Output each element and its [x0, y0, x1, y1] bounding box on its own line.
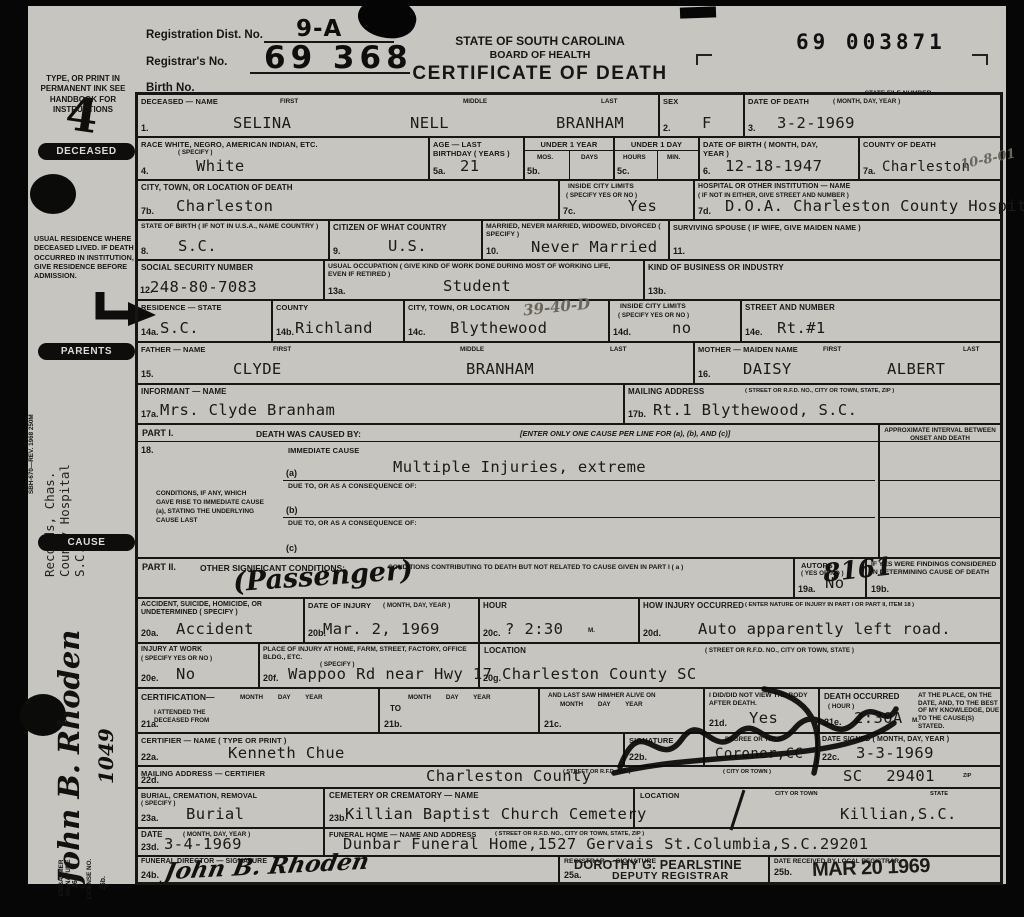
row-certifier: CERTIFIER — NAME ( TYPE OR PRINT ) 22a. …	[138, 734, 1000, 767]
deceased-first: SELINA	[233, 115, 291, 132]
hospital-value: D.O.A. Charleston County Hospital	[725, 198, 1024, 215]
manner-value: Accident	[176, 621, 254, 638]
field-injury-at-work: INJURY AT WORK ( SPECIFY YES OR NO ) 20e…	[138, 644, 258, 687]
field-state-of-birth: STATE OF BIRTH ( IF NOT IN U.S.A., NAME …	[138, 221, 328, 259]
county-of-death-value: Charleston	[882, 160, 970, 175]
field-label: INSIDE CITY LIMITS	[568, 183, 634, 191]
col-label: MIDDLE	[463, 98, 487, 106]
age-value: 21	[460, 158, 479, 175]
item-number: 17a.	[141, 410, 159, 419]
field-label: DATE	[141, 830, 163, 840]
item-number: 1.	[141, 124, 149, 133]
field-label: SEX	[663, 97, 678, 106]
corner-bracket	[972, 54, 988, 65]
field-label: UNDER 1 YEAR	[525, 140, 613, 149]
field-label: COUNTY	[276, 303, 308, 312]
city-of-death-value: Charleston	[176, 198, 273, 215]
field-attended-from: CERTIFICATION— MONTH DAY YEAR I ATTENDED…	[138, 689, 378, 732]
field-inside-city-limits: INSIDE CITY LIMITS ( SPECIFY YES OR NO )…	[558, 181, 693, 219]
corner-bracket	[696, 54, 712, 65]
item-number: 5c.	[617, 167, 630, 176]
city-or-town-label: CITY OR TOWN	[775, 791, 818, 797]
item-number: 21a.	[141, 720, 159, 729]
interval-line	[880, 517, 1000, 518]
item-number: 7c.	[563, 207, 576, 216]
field-date-signed: DATE SIGNED ( MONTH, DAY, YEAR ) 22c. 3-…	[816, 734, 1000, 765]
item-number: 20c.	[483, 629, 501, 638]
field-label: CITY, TOWN, OR LOCATION	[408, 303, 510, 312]
item-number: 10.	[486, 247, 499, 256]
cause-c-label: (c)	[286, 544, 297, 553]
item-number: 20a.	[141, 629, 159, 638]
field-view-body: I DID/DID NOT VIEW THE BODY AFTER DEATH.…	[703, 689, 818, 732]
registrar-no-label: Registrar's No.	[146, 56, 227, 68]
part2-handwritten: (Passenger)	[232, 555, 414, 598]
funeral-home-value: Dunbar Funeral Home,1527 Gervais St.Colu…	[343, 836, 869, 853]
col-label: MIDDLE	[460, 346, 484, 354]
col-label: DAYS	[581, 154, 598, 162]
item-number: 8.	[141, 247, 149, 256]
item-number: 7a.	[863, 167, 876, 176]
field-burial: BURIAL, CREMATION, REMOVAL ( SPECIFY ) 2…	[138, 789, 323, 827]
col-label: MOS.	[537, 154, 553, 162]
field-occupation: USUAL OCCUPATION ( GIVE KIND OF WORK DON…	[323, 261, 643, 299]
row-injury-place: INJURY AT WORK ( SPECIFY YES OR NO ) 20e…	[138, 644, 1000, 689]
row-burial: BURIAL, CREMATION, REMOVAL ( SPECIFY ) 2…	[138, 789, 1000, 829]
org-line2: BOARD OF HEALTH	[380, 49, 700, 61]
field-label: CITIZEN OF WHAT COUNTRY	[333, 223, 447, 233]
tab-cause: CAUSE	[38, 534, 135, 551]
ssn-value: 248-80-7083	[150, 279, 257, 296]
part1-note: [ENTER ONLY ONE CAUSE PER LINE FOR (a), …	[520, 429, 730, 438]
field-label: AGE — LAST BIRTHDAY ( YEARS )	[433, 140, 513, 159]
field-sublabel: ( SPECIFY )	[178, 149, 213, 157]
field-certifier-signature: SIGNATURE 22b.	[623, 734, 703, 765]
cause-b-line	[283, 517, 875, 518]
ink-mark	[680, 6, 716, 18]
field-certifier-name: CERTIFIER — NAME ( TYPE OR PRINT ) 22a. …	[138, 734, 623, 765]
row-part1: PART I. DEATH WAS CAUSED BY: [ENTER ONLY…	[138, 425, 1000, 559]
item-number: 13a.	[328, 287, 346, 296]
field-informant: INFORMANT — NAME 17a. Mrs. Clyde Branham	[138, 385, 623, 423]
certificate-paper: 4 TYPE, OR PRINT IN PERMANENT INK SEE HA…	[28, 6, 1006, 884]
item-number: 25b.	[774, 868, 792, 877]
field-injury-date: DATE OF INJURY ( MONTH, DAY, YEAR ) 20b.…	[303, 599, 478, 642]
row-residence: RESIDENCE — STATE 14a. S.C. COUNTY 14b. …	[138, 301, 1000, 343]
field-label: KIND OF BUSINESS OR INDUSTRY	[648, 263, 784, 273]
occupation-value: Student	[443, 278, 511, 295]
col-label: LAST	[610, 346, 626, 354]
how-injury-value: Auto apparently left road.	[698, 621, 951, 638]
punch-hole	[30, 174, 76, 214]
cell-divider	[657, 150, 658, 179]
field-certifier-address: MAILING ADDRESS — CERTIFIER 22d. ( STREE…	[138, 767, 1000, 787]
field-death-occurred-hour: DEATH OCCURRED ( HOUR ) 21e. 2:30A M. AT…	[818, 689, 1000, 732]
field-label: HOUR	[483, 601, 507, 611]
part2-note: CONDITIONS CONTRIBUTING TO DEATH BUT NOT…	[388, 564, 788, 572]
scanned-death-certificate: 4 TYPE, OR PRINT IN PERMANENT INK SEE HA…	[0, 0, 1024, 917]
item-number: 20e.	[141, 674, 159, 683]
field-label: INFORMANT — NAME	[141, 387, 227, 397]
sex-value: F	[702, 115, 712, 132]
part1-title: PART I.	[142, 429, 173, 438]
certificate-form: DECEASED — NAME FIRST MIDDLE LAST 1. SEL…	[135, 92, 1003, 885]
field-marital-status: MARRIED, NEVER MARRIED, WIDOWED, DIVORCE…	[481, 221, 668, 259]
field-label: STREET AND NUMBER	[745, 303, 835, 313]
item-number: 19b.	[871, 585, 889, 594]
part2-title: PART II.	[142, 563, 176, 572]
license-num: 26b.	[100, 870, 107, 890]
field-label: DEATH OCCURRED	[824, 692, 899, 701]
cause-a-line	[283, 480, 875, 481]
field-label: RESIDENCE — STATE	[141, 303, 222, 312]
field-sublabel: ( STREET OR R.F.D. NO., CITY OR TOWN, ST…	[705, 647, 854, 655]
immediate-cause-label: IMMEDIATE CAUSE	[288, 446, 359, 455]
field-residence-county: COUNTY 14b. Richland	[271, 301, 403, 341]
field-label: CITY, TOWN, OR LOCATION OF DEATH	[141, 183, 293, 193]
field-label: RACE WHITE, NEGRO, AMERICAN INDIAN, ETC.	[141, 140, 391, 149]
residence-city-value: Blythewood	[450, 320, 547, 337]
field-label: MAILING ADDRESS — CERTIFIER	[141, 769, 265, 778]
field-sublabel: ( SPECIFY YES OR NO )	[566, 192, 637, 200]
injury-hour-suffix: M.	[588, 627, 595, 635]
item-number: 21c.	[544, 720, 562, 729]
informant-address-value: Rt.1 Blythewood, S.C.	[653, 402, 857, 419]
citizen-value: U.S.	[388, 238, 427, 255]
field-under-1-year: UNDER 1 YEAR MOS. DAYS 5b.	[523, 138, 613, 179]
embalmer-license-value: 1049	[94, 694, 118, 784]
field-part2: PART II. OTHER SIGNIFICANT CONDITIONS: C…	[138, 559, 793, 597]
father-first: CLYDE	[233, 361, 282, 378]
item-number: 7d.	[698, 207, 711, 216]
field-burial-location: LOCATION CITY OR TOWN STATE Killian,S.C.	[633, 789, 1000, 827]
field-label: CEMETERY OR CREMATORY — NAME	[329, 791, 479, 801]
attended-line2: DECEASED FROM	[154, 717, 209, 725]
field-label: HOSPITAL OR OTHER INSTITUTION — NAME	[698, 183, 850, 192]
date-of-birth-value: 12-18-1947	[725, 158, 822, 175]
item-number: 20d.	[643, 629, 661, 638]
tab-parents: PARENTS	[38, 343, 135, 360]
field-label: CERTIFICATION—	[141, 692, 215, 702]
field-age: AGE — LAST BIRTHDAY ( YEARS ) 5a. 21	[428, 138, 523, 179]
header-org: STATE OF SOUTH CAROLINA BOARD OF HEALTH …	[380, 34, 700, 85]
field-label: PLACE OF INJURY AT HOME, FARM, STREET, F…	[263, 646, 468, 662]
field-date-received: DATE RECEIVED BY LOCAL REGISTRAR 25b. MA…	[768, 857, 1000, 882]
item-number: 14d.	[613, 328, 631, 337]
field-registrar: REGISTRAR — SIGNATURE 25a. DOROTHY G. PE…	[558, 857, 768, 882]
race-value: White	[196, 158, 245, 175]
field-injury-hour: HOUR 20c. ? 2:30 M.	[478, 599, 638, 642]
due-to-label: DUE TO, OR AS A CONSEQUENCE OF:	[288, 520, 417, 528]
conditions-note: CONDITIONS, IF ANY, WHICH GAVE RISE TO I…	[156, 489, 266, 525]
certify-note: AT THE PLACE, ON THE DATE, AND, TO THE B…	[918, 692, 1000, 730]
residence-state-value: S.C.	[160, 320, 199, 337]
item-number: 21e.	[824, 718, 842, 727]
field-sex: SEX 2. F	[658, 95, 743, 136]
usual-residence-note: USUAL RESIDENCE WHERE DECEASED LIVED. IF…	[34, 234, 134, 281]
item-number: 22d.	[141, 776, 159, 785]
certifier-address-state-zip: SC 29401	[843, 768, 935, 785]
residence-street-value: Rt.#1	[777, 320, 826, 337]
to-label: TO	[390, 704, 401, 713]
field-label: LOCATION	[484, 646, 526, 656]
field-label: DATE OF INJURY	[308, 601, 371, 610]
state-of-birth-value: S.C.	[178, 238, 217, 255]
field-deceased-name: DECEASED — NAME FIRST MIDDLE LAST 1. SEL…	[138, 95, 658, 136]
field-county-of-death: COUNTY OF DEATH 7a. Charleston 10-8-01	[858, 138, 1000, 179]
item-number: 22c.	[822, 753, 840, 762]
row-signatures: FUNERAL DIRECTOR — SIGNATURE 24b. John B…	[138, 857, 1000, 882]
mother-last: ALBERT	[887, 361, 945, 378]
field-city-of-death: CITY, TOWN, OR LOCATION OF DEATH 7b. Cha…	[138, 181, 558, 219]
org-line1: STATE OF SOUTH CAROLINA	[380, 34, 700, 48]
mdy-label: MONTH DAY YEAR	[240, 694, 323, 702]
field-sublabel: ( STREET OR R.F.D. NO., CITY OR TOWN, ST…	[745, 388, 894, 395]
field-father: FATHER — NAME FIRST MIDDLE LAST 15. CLYD…	[138, 343, 693, 383]
deceased-last: BRANHAM	[556, 115, 624, 132]
item-number: 20f.	[263, 674, 279, 683]
item-number: 3.	[748, 124, 756, 133]
field-label: DATE OF BIRTH ( MONTH, DAY, YEAR )	[703, 140, 833, 159]
field-citizen: CITIZEN OF WHAT COUNTRY 9. U.S.	[328, 221, 481, 259]
item-number: 18.	[141, 446, 154, 455]
col-label: MIN.	[667, 154, 680, 162]
item-number: 15.	[141, 370, 154, 379]
form-code: SBH-670—REV. 1968 250M	[28, 374, 35, 494]
state-file-number: 69 003871	[796, 30, 946, 54]
field-sublabel: ( MONTH, DAY, YEAR )	[833, 98, 900, 106]
mother-first: DAISY	[743, 361, 792, 378]
item-number: 9.	[333, 247, 341, 256]
mdy-label: MONTH DAY YEAR	[560, 701, 643, 709]
row-accident: ACCIDENT, SUICIDE, HOMICIDE, OR UNDETERM…	[138, 599, 1000, 644]
field-label: DEGREE OR TITLE	[725, 736, 782, 744]
field-sublabel: ( HOUR )	[828, 703, 854, 711]
license-label: LICENSE NO.	[86, 844, 93, 899]
row-deceased: DECEASED — NAME FIRST MIDDLE LAST 1. SEL…	[138, 95, 1000, 138]
field-label: MAILING ADDRESS	[628, 387, 704, 397]
field-cemetery: CEMETERY OR CREMATORY — NAME 23b. Killia…	[323, 789, 633, 827]
row-personal: STATE OF BIRTH ( IF NOT IN U.S.A., NAME …	[138, 221, 1000, 261]
informant-value: Mrs. Clyde Branham	[160, 402, 335, 419]
field-label: MOTHER — MAIDEN NAME	[698, 345, 798, 354]
item-number: 25a.	[564, 871, 582, 880]
cemetery-value: Killian Baptist Church Cemetery	[345, 806, 647, 823]
col-label: FIRST	[823, 346, 841, 354]
mdy-label: MONTH DAY YEAR	[408, 694, 491, 702]
row-work: SOCIAL SECURITY NUMBER 12. 248-80-7083 U…	[138, 261, 1000, 301]
registration-dist-value: 9-A	[296, 16, 342, 42]
father-last: BRANHAM	[466, 361, 534, 378]
row-place-of-death: CITY, TOWN, OR LOCATION OF DEATH 7b. Cha…	[138, 181, 1000, 221]
field-ssn: SOCIAL SECURITY NUMBER 12. 248-80-7083	[138, 261, 323, 299]
attended-line1: I ATTENDED THE	[154, 709, 205, 717]
field-label: SIGNATURE	[629, 736, 674, 745]
field-label: UNDER 1 DAY	[615, 140, 698, 149]
field-residence-state: RESIDENCE — STATE 14a. S.C.	[138, 301, 271, 341]
certifier-name-value: Kenneth Chue	[228, 745, 345, 762]
view-body-value: Yes	[749, 710, 778, 727]
margin-instructions: TYPE, OR PRINT IN PERMANENT INK SEE HAND…	[32, 74, 134, 116]
field-interval: APPROXIMATE INTERVAL BETWEEN ONSET AND D…	[878, 425, 1000, 557]
row-parents: FATHER — NAME FIRST MIDDLE LAST 15. CLYD…	[138, 343, 1000, 385]
injury-date-value: Mar. 2, 1969	[323, 621, 440, 638]
embalmer-signature-label: EMBALMER SIGNATURE	[58, 834, 72, 896]
cause-b-label: (b)	[286, 506, 298, 515]
field-mother: MOTHER — MAIDEN NAME FIRST LAST 16. DAIS…	[693, 343, 1000, 383]
item-number: 21b.	[384, 720, 402, 729]
row-certifier-address: MAILING ADDRESS — CERTIFIER 22d. ( STREE…	[138, 767, 1000, 789]
burial-location-value: Killian,S.C.	[840, 806, 957, 823]
field-label: LOCATION	[640, 791, 679, 800]
zip-label: ZIP	[963, 773, 971, 779]
city-sublabel: ( CITY OR TOWN )	[723, 769, 771, 775]
due-to-label: DUE TO, OR AS A CONSEQUENCE OF:	[288, 483, 417, 491]
injury-at-work-value: No	[176, 666, 195, 683]
field-surviving-spouse: SURVIVING SPOUSE ( IF WIFE, GIVE MAIDEN …	[668, 221, 1000, 259]
col-label: HOURS	[623, 154, 646, 162]
item-number: 5a.	[433, 167, 446, 176]
part1-header-line	[138, 441, 1000, 442]
inside-city-limits-value: Yes	[628, 198, 657, 215]
col-label: FIRST	[280, 98, 298, 106]
item-number: 11.	[673, 247, 685, 256]
item-number: 14e.	[745, 328, 763, 337]
state-label: STATE	[930, 791, 948, 797]
field-sublabel: ( ENTER NATURE OF INJURY IN PART I OR PA…	[745, 602, 914, 609]
marital-status-value: Never Married	[531, 239, 658, 256]
field-injury-place: PLACE OF INJURY AT HOME, FARM, STREET, F…	[258, 644, 478, 687]
interval-line	[880, 480, 1000, 481]
cause-a-value: Multiple Injuries, extreme	[393, 459, 646, 476]
item-number: 23a.	[141, 814, 159, 823]
field-date-of-death: DATE OF DEATH ( MONTH, DAY, YEAR ) 3. 3-…	[743, 95, 1000, 136]
certificate-title: CERTIFICATE OF DEATH	[380, 63, 700, 85]
item-number: 14c.	[408, 328, 426, 337]
field-business: KIND OF BUSINESS OR INDUSTRY 13b.	[643, 261, 1000, 299]
field-sublabel: ( MONTH, DAY, YEAR )	[383, 602, 450, 610]
injury-location-value: Charleston County SC	[502, 666, 697, 683]
field-label: INJURY AT WORK	[141, 646, 202, 655]
field-residence-street: STREET AND NUMBER 14e. Rt.#1	[740, 301, 1000, 341]
item-number: 14b.	[276, 328, 294, 337]
item-number: 2.	[663, 124, 671, 133]
item-number: 7b.	[141, 207, 154, 216]
certifier-address-value: Charleston County	[426, 768, 591, 785]
registration-dist-label: Registration Dist. No.	[146, 29, 263, 41]
row-certification: CERTIFICATION— MONTH DAY YEAR I ATTENDED…	[138, 689, 1000, 734]
field-label: COUNTY OF DEATH	[863, 140, 936, 149]
field-sublabel: ( SPECIFY )	[141, 800, 176, 808]
item-number: 21d.	[709, 719, 727, 728]
field-label: DATE OF DEATH	[748, 97, 809, 106]
field-manner: ACCIDENT, SUICIDE, HOMICIDE, OR UNDETERM…	[138, 599, 303, 642]
field-label: APPROXIMATE INTERVAL BETWEEN ONSET AND D…	[882, 427, 998, 442]
item-number: 17b.	[628, 410, 646, 419]
deceased-middle: NELL	[410, 115, 449, 132]
item-number: 22a.	[141, 753, 159, 762]
item-number: 14a.	[141, 328, 159, 337]
field-attended-to: MONTH DAY YEAR TO 21b.	[378, 689, 538, 732]
field-injury-location: LOCATION ( STREET OR R.F.D. NO., CITY OR…	[478, 644, 1000, 687]
col-label: FIRST	[273, 346, 291, 354]
field-label: SURVIVING SPOUSE ( IF WIFE, GIVE MAIDEN …	[673, 223, 861, 232]
field-under-1-day: UNDER 1 DAY HOURS MIN. 5c.	[613, 138, 698, 179]
item-number: 6.	[703, 167, 711, 176]
tab-deceased: DECEASED	[38, 143, 135, 160]
field-label: FATHER — NAME	[141, 345, 206, 354]
field-label: SOCIAL SECURITY NUMBER	[141, 263, 253, 273]
field-funeral-home: FUNERAL HOME — NAME AND ADDRESS ( STREET…	[323, 829, 1000, 855]
residence-inside-value: no	[672, 320, 691, 337]
item-number: 22b.	[629, 753, 647, 762]
field-race: RACE WHITE, NEGRO, AMERICAN INDIAN, ETC.…	[138, 138, 428, 179]
row-race-age: RACE WHITE, NEGRO, AMERICAN INDIAN, ETC.…	[138, 138, 1000, 181]
row-part2: PART II. OTHER SIGNIFICANT CONDITIONS: C…	[138, 559, 1000, 599]
field-funeral-director: FUNERAL DIRECTOR — SIGNATURE 24b. John B…	[138, 857, 558, 882]
field-label: DECEASED — NAME	[141, 97, 218, 106]
item-number: 19a.	[798, 585, 816, 594]
item-number: 13b.	[648, 287, 666, 296]
burial-date-value: 3-4-1969	[164, 836, 242, 853]
embalmer-signature-num: 26a.	[72, 868, 79, 888]
col-label: LAST	[963, 346, 979, 354]
field-degree-title: DEGREE OR TITLE Coroner,CC	[703, 734, 816, 765]
date-of-death-value: 3-2-1969	[777, 115, 855, 132]
field-label: MARRIED, NEVER MARRIED, WIDOWED, DIVORCE…	[486, 223, 661, 239]
field-label: STATE OF BIRTH ( IF NOT IN U.S.A., NAME …	[141, 223, 321, 231]
field-label: ACCIDENT, SUICIDE, HOMICIDE, OR UNDETERM…	[141, 601, 296, 618]
field-residence-inside-limits: INSIDE CITY LIMITS ( SPECIFY YES OR NO )…	[608, 301, 740, 341]
field-how-injury: HOW INJURY OCCURRED ( ENTER NATURE OF IN…	[638, 599, 1000, 642]
injury-place-value: Wappoo Rd near Hwy 17	[288, 666, 492, 683]
col-label: LAST	[601, 98, 617, 106]
item-number: 23d.	[141, 843, 159, 852]
residence-county-value: Richland	[295, 320, 373, 337]
item-number: 16.	[698, 370, 711, 379]
field-residence-city: CITY, TOWN, OR LOCATION 39-40-D 14c. Bly…	[403, 301, 608, 341]
field-hospital: HOSPITAL OR OTHER INSTITUTION — NAME ( I…	[693, 181, 1000, 219]
death-hour-value: 2:30A	[854, 710, 903, 727]
field-label: HOW INJURY OCCURRED	[643, 601, 744, 611]
cause-a-label: (a)	[286, 469, 297, 478]
item-number: 5b.	[527, 167, 540, 176]
field-label: INSIDE CITY LIMITS	[620, 303, 686, 311]
burial-value: Burial	[186, 806, 244, 823]
field-label: I DID/DID NOT VIEW THE BODY AFTER DEATH.	[709, 692, 814, 708]
field-informant-address: MAILING ADDRESS ( STREET OR R.F.D. NO., …	[623, 385, 1000, 423]
field-label: AND LAST SAW HIM/HER ALIVE ON	[548, 692, 698, 700]
row-informant: INFORMANT — NAME 17a. Mrs. Clyde Branham…	[138, 385, 1000, 425]
degree-value: Coroner,CC	[715, 747, 803, 762]
field-date-of-birth: DATE OF BIRTH ( MONTH, DAY, YEAR ) 6. 12…	[698, 138, 858, 179]
registrar-stamp-title: DEPUTY REGISTRAR	[612, 870, 729, 882]
field-sublabel: ( SPECIFY YES OR NO )	[141, 655, 212, 663]
pencil-annotation: 10-8-01	[959, 146, 1017, 172]
date-received-stamp: MAR 20 1969	[812, 855, 931, 882]
cell-divider	[569, 150, 570, 179]
item-number: 4.	[141, 167, 149, 176]
date-signed-value: 3-3-1969	[856, 745, 934, 762]
field-last-saw-alive: AND LAST SAW HIM/HER ALIVE ON MONTH DAY …	[538, 689, 703, 732]
field-label: BURIAL, CREMATION, REMOVAL	[141, 791, 257, 800]
part1-heading: DEATH WAS CAUSED BY:	[256, 429, 361, 439]
injury-hour-value: ? 2:30	[505, 621, 563, 638]
item-number: 24b.	[141, 871, 159, 880]
